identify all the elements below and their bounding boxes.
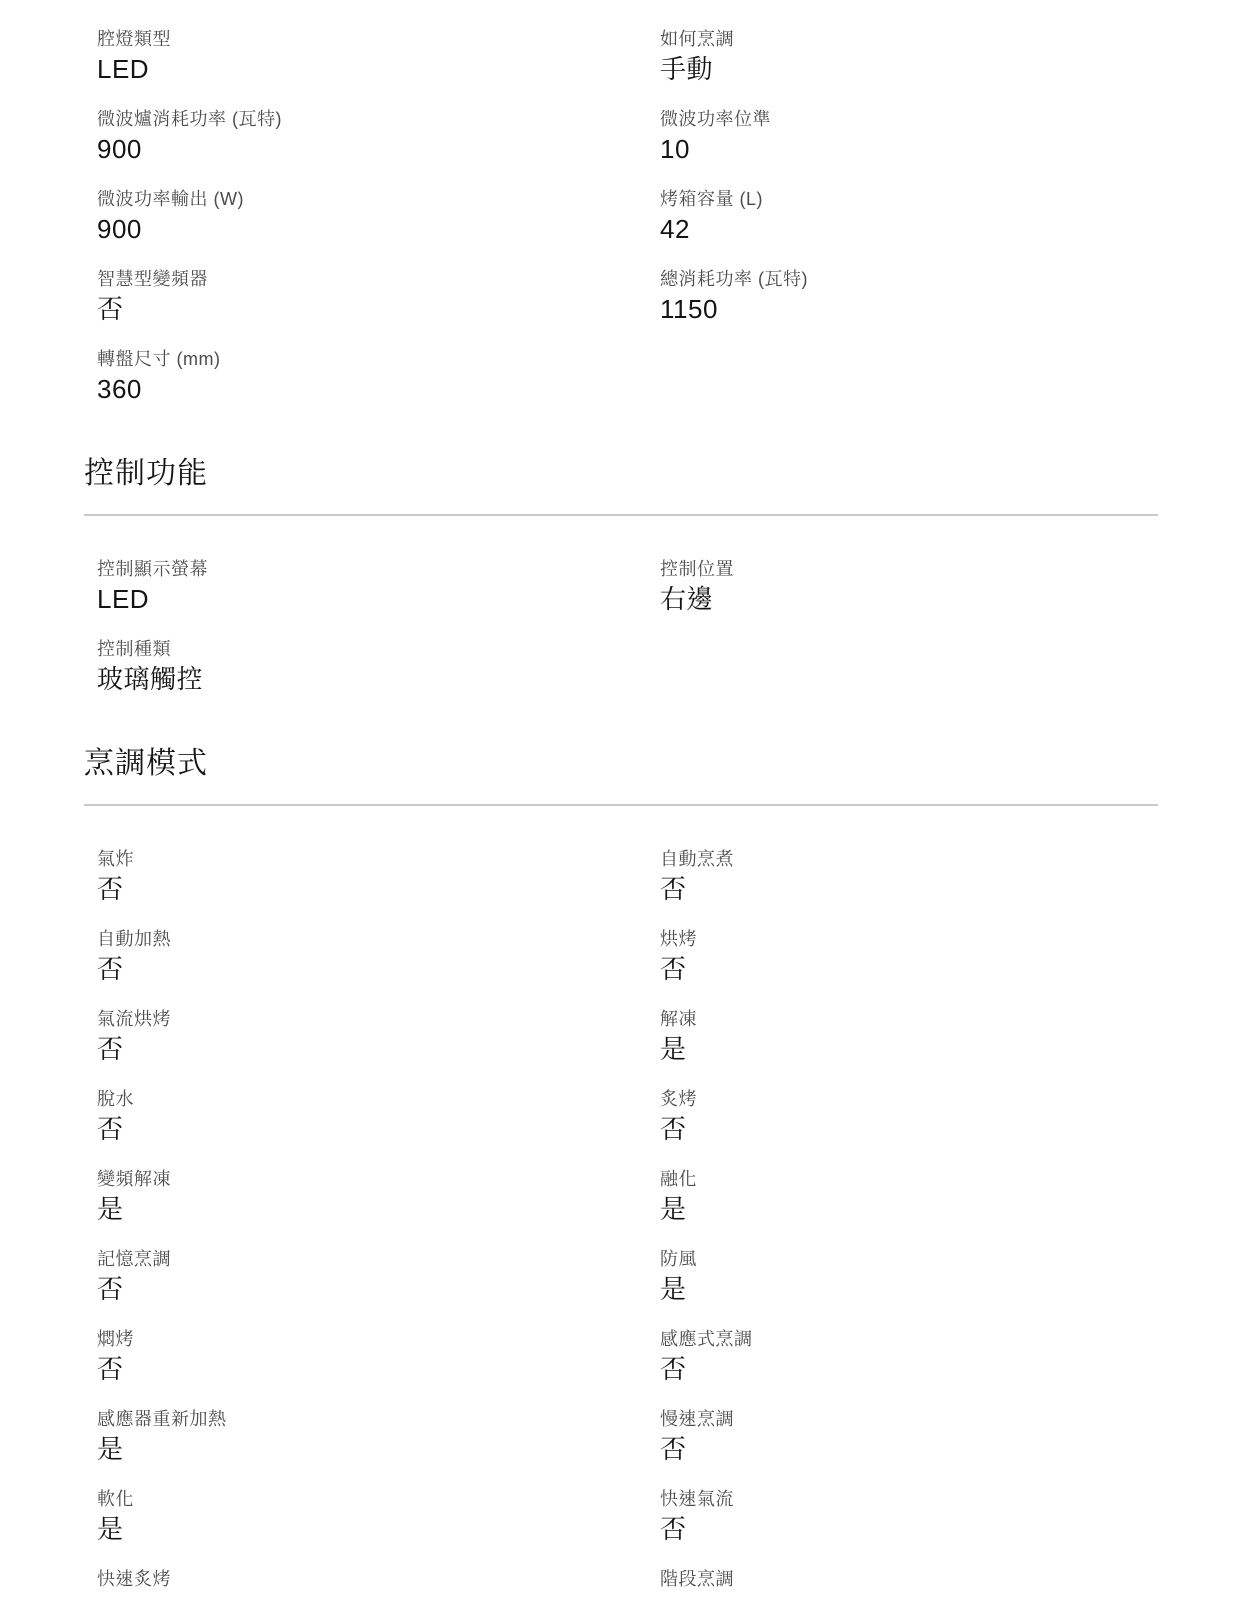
spec-item: 防風是 [660,1246,1158,1306]
spec-label: 轉盤尺寸 (mm) [97,346,660,372]
spec-item: 記憶烹調否 [97,1246,660,1306]
spec-item: 快速氣流否 [660,1486,1158,1546]
spec-label: 炙烤 [660,1086,1158,1112]
spec-value: 1150 [660,292,1158,326]
spec-item: 智慧型變頻器否 [97,266,660,326]
spec-label: 智慧型變頻器 [97,266,660,292]
spec-item: 總消耗功率 (瓦特)1150 [660,266,1158,326]
spec-item: 微波功率位準10 [660,106,1158,166]
spec-label: 腔燈類型 [97,26,660,52]
spec-label: 融化 [660,1166,1158,1192]
spec-value: 否 [97,292,660,326]
spec-label: 控制位置 [660,556,1158,582]
spec-value: 是 [660,1192,1158,1226]
spec-label: 感應式烹調 [660,1326,1158,1352]
spec-item: 控制位置右邊 [660,556,1158,616]
spec-section: 腔燈類型LED如何烹調手動微波爐消耗功率 (瓦特)900微波功率位準10微波功率… [84,26,1158,406]
spec-value: 手動 [660,52,1158,86]
spec-value: 否 [97,1352,660,1386]
spec-label: 解凍 [660,1006,1158,1032]
spec-label: 軟化 [97,1486,660,1512]
spec-label: 微波功率輸出 (W) [97,186,660,212]
spec-label: 烤箱容量 (L) [660,186,1158,212]
spec-value: 10 [660,132,1158,166]
spec-value: 900 [97,212,660,246]
spec-value: 否 [660,1112,1158,1146]
spec-value: 是 [97,1432,660,1466]
spec-label: 燜烤 [97,1326,660,1352]
spec-value: 否 [97,872,660,906]
spec-value: 否 [660,872,1158,906]
spec-label: 控制顯示螢幕 [97,556,660,582]
spec-item: 烤箱容量 (L)42 [660,186,1158,246]
spec-value: 否 [660,1512,1158,1546]
spec-item: 氣炸否 [97,846,660,906]
spec-item: 微波爐消耗功率 (瓦特)900 [97,106,660,166]
spec-item: 變頻解凍是 [97,1166,660,1226]
spec-value: 42 [660,212,1158,246]
spec-value: 否 [97,1112,660,1146]
spec-value: 否 [660,1352,1158,1386]
spec-item: 感應式烹調否 [660,1326,1158,1386]
spec-label: 如何烹調 [660,26,1158,52]
spec-items-grid: 控制顯示螢幕LED控制位置右邊控制種類玻璃觸控 [84,556,1158,696]
spec-label: 烘烤 [660,926,1158,952]
spec-label: 自動烹煮 [660,846,1158,872]
section-divider [84,804,1158,806]
spec-label: 脫水 [97,1086,660,1112]
spec-items-grid: 氣炸否自動烹煮否自動加熱否烘烤否氣流烘烤否解凍是脫水否炙烤否變頻解凍是融化是記憶… [84,846,1158,1622]
spec-item: 階段烹調 [660,1566,1158,1622]
spec-value: 否 [97,952,660,986]
spec-label: 階段烹調 [660,1566,1158,1592]
spec-label: 微波功率位準 [660,106,1158,132]
spec-item: 腔燈類型LED [97,26,660,86]
spec-label: 記憶烹調 [97,1246,660,1272]
spec-item: 感應器重新加熱是 [97,1406,660,1466]
spec-item: 慢速烹調否 [660,1406,1158,1466]
spec-sections: 腔燈類型LED如何烹調手動微波爐消耗功率 (瓦特)900微波功率位準10微波功率… [84,26,1158,1622]
spec-item: 炙烤否 [660,1086,1158,1146]
spec-label: 氣流烘烤 [97,1006,660,1032]
spec-label: 快速炙烤 [97,1566,660,1592]
spec-item: 快速炙烤 [97,1566,660,1622]
spec-item: 自動加熱否 [97,926,660,986]
spec-label: 控制種類 [97,636,660,662]
spec-item: 自動烹煮否 [660,846,1158,906]
spec-value: 否 [97,1272,660,1306]
spec-value: 玻璃觸控 [97,662,660,696]
spec-label: 自動加熱 [97,926,660,952]
spec-label: 防風 [660,1246,1158,1272]
spec-label: 變頻解凍 [97,1166,660,1192]
section-heading: 控制功能 [84,454,1158,494]
spec-item: 微波功率輸出 (W)900 [97,186,660,246]
spec-value: 是 [660,1032,1158,1066]
spec-section: 控制功能控制顯示螢幕LED控制位置右邊控制種類玻璃觸控 [84,454,1158,696]
spec-value: 否 [660,1432,1158,1466]
spec-item: 控制顯示螢幕LED [97,556,660,616]
spec-item: 融化是 [660,1166,1158,1226]
spec-value: 是 [97,1192,660,1226]
spec-value: LED [97,52,660,86]
spec-section: 烹調模式氣炸否自動烹煮否自動加熱否烘烤否氣流烘烤否解凍是脫水否炙烤否變頻解凍是融… [84,744,1158,1622]
spec-value: 360 [97,372,660,406]
spec-item: 轉盤尺寸 (mm)360 [97,346,660,406]
spec-item: 烘烤否 [660,926,1158,986]
spec-item: 軟化是 [97,1486,660,1546]
spec-label: 總消耗功率 (瓦特) [660,266,1158,292]
spec-items-grid: 腔燈類型LED如何烹調手動微波爐消耗功率 (瓦特)900微波功率位準10微波功率… [84,26,1158,406]
spec-item: 解凍是 [660,1006,1158,1066]
spec-label: 微波爐消耗功率 (瓦特) [97,106,660,132]
spec-label: 感應器重新加熱 [97,1406,660,1432]
section-divider [84,514,1158,516]
section-heading: 烹調模式 [84,744,1158,784]
spec-label: 氣炸 [97,846,660,872]
spec-value: 右邊 [660,582,1158,616]
product-spec-page: 腔燈類型LED如何烹調手動微波爐消耗功率 (瓦特)900微波功率位準10微波功率… [0,0,1240,1622]
spec-value: 是 [97,1512,660,1546]
spec-item: 氣流烘烤否 [97,1006,660,1066]
spec-value: LED [97,582,660,616]
spec-item: 脫水否 [97,1086,660,1146]
spec-value: 900 [97,132,660,166]
spec-label: 慢速烹調 [660,1406,1158,1432]
spec-item: 控制種類玻璃觸控 [97,636,660,696]
spec-value: 是 [660,1272,1158,1306]
spec-value: 否 [660,952,1158,986]
spec-item: 如何烹調手動 [660,26,1158,86]
spec-item: 燜烤否 [97,1326,660,1386]
spec-label: 快速氣流 [660,1486,1158,1512]
spec-value: 否 [97,1032,660,1066]
